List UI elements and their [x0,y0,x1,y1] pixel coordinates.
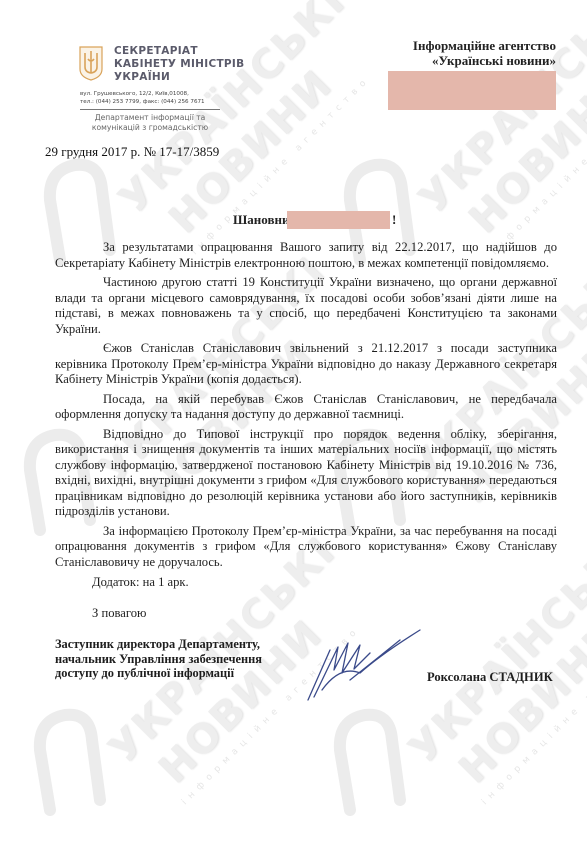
handwritten-signature-icon [300,625,425,705]
salutation-suffix: ! [392,212,396,228]
recipient-line: «Українські новини» [380,53,556,68]
body-paragraph: Частиною другою статті 19 Конституції Ук… [55,275,557,337]
letter-body: За результатами опрацювання Вашого запит… [55,240,557,574]
org-address: вул. Грушевського, 12/2, Київ,01008, тел… [80,90,220,106]
org-name: СЕКРЕТАРІАТ КАБІНЕТУ МІНІСТРІВ УКРАЇНИ [114,45,254,84]
phone-fax-line: тел.: (044) 253 7799, факс: (044) 256 76… [80,98,220,106]
letterhead-divider [80,109,220,110]
signatory-title: Заступник директора Департаменту, началь… [55,637,285,681]
recipient-block: Інформаційне агентство «Українські новин… [380,38,556,68]
address-line: вул. Грушевського, 12/2, Київ,01008, [80,90,220,98]
signatory-title-line: начальник Управління забезпечення [55,652,285,667]
trident-coat-of-arms-icon [78,45,104,81]
org-name-line: УКРАЇНИ [114,71,254,84]
body-paragraph: Єжов Станіслав Станіславович звільнений … [55,341,557,388]
redacted-recipient-name [287,211,390,229]
signatory-title-line: доступу до публічної інформації [55,666,285,681]
attachment-note: Додаток: на 1 арк. [92,575,189,591]
department-line: Департамент інформації та [80,113,220,123]
body-paragraph: Відповідно до Типової інструкції про пор… [55,427,557,520]
closing: З повагою [92,606,146,622]
body-paragraph: За інформацією Протоколу Прем’єр-міністр… [55,524,557,571]
signatory-title-line: Заступник директора Департаменту, [55,637,285,652]
org-name-line: КАБІНЕТУ МІНІСТРІВ [114,58,254,71]
org-name-line: СЕКРЕТАРІАТ [114,45,254,58]
date-reference: 29 грудня 2017 р. № 17-17/3859 [45,144,219,160]
recipient-line: Інформаційне агентство [380,38,556,53]
letter-page: СЕКРЕТАРІАТ КАБІНЕТУ МІНІСТРІВ УКРАЇНИ в… [0,0,587,864]
body-paragraph: Посада, на якій перебував Єжов Станіслав… [55,392,557,423]
department-name: Департамент інформації та комунікацій з … [80,113,220,133]
department-line: комунікацій з громадськістю [80,123,220,133]
redacted-recipient-address [388,71,556,110]
signatory-name: Роксолана СТАДНИК [427,670,553,685]
body-paragraph: За результатами опрацювання Вашого запит… [55,240,557,271]
